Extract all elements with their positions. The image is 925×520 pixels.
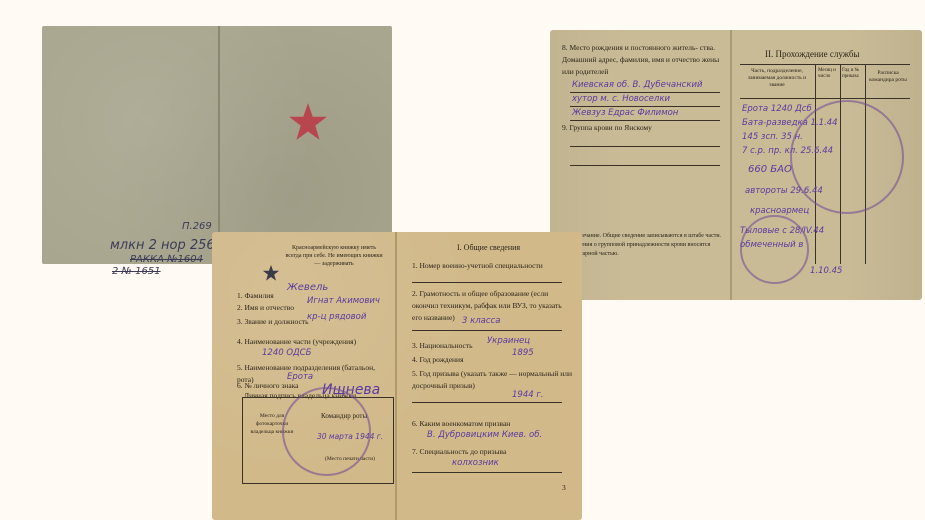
round-stamp [740,215,809,284]
cover-note: РАККА №1604 [130,254,203,265]
red-star-icon [287,101,329,143]
general-info-title: I. Общие сведения [457,242,520,254]
cover-note: 2 № 1651 [112,266,161,277]
round-stamp [282,387,371,476]
note-text: Примечание. Общие сведения записываются … [568,232,728,259]
cover-note: млкн 2 нор 2560 [110,238,223,253]
service-entry: 660 БАО [748,164,792,175]
handwritten-address: Жевзуз Едрас Филимон [572,108,678,118]
spread-fold [730,30,732,300]
service-entry: Ерота 1240 Дсб [742,104,812,114]
star-icon [262,264,280,282]
booklet-header: Красноармейскую книжку иметь всегда при … [284,244,384,268]
service-record-spread: 8. Место рождения и постоянного житель- … [550,30,922,300]
service-title: II. Прохождение службы [765,48,859,60]
cover-note: П.269 [182,221,212,232]
item-8-label: 8. Место рождения и постоянного житель- … [562,42,722,78]
cover-fold [218,26,220,264]
round-stamp [790,100,904,214]
service-entry: 1.10.45 [810,266,842,276]
page-number: 3 [562,482,566,494]
booklet-cover: П.269 млкн 2 нор 2560 РАККА №1604 2 № 16… [42,26,392,264]
handwritten-address: Киевская об. В. Дубечанский [572,80,703,90]
item-9-label: 9. Группа крови по Янскому [562,122,652,134]
booklet-fold [395,232,397,520]
handwritten-address: хутор м. с. Новоселки [572,94,670,104]
red-army-booklet: Красноармейскую книжку иметь всегда при … [212,232,582,520]
